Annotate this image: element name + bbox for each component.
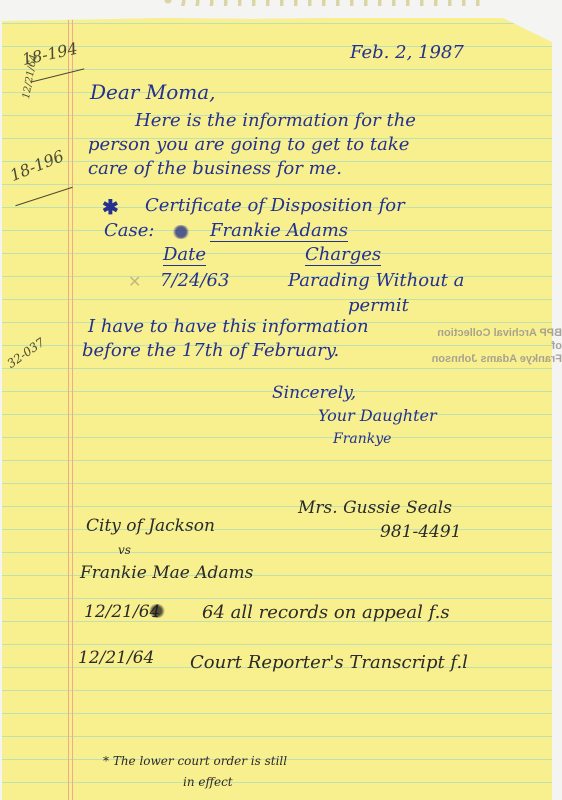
case-caption-defendant: Frankie Mae Adams [80, 565, 253, 582]
case-caption-plaintiff: City of Jackson [86, 518, 215, 535]
salutation: Dear Moma, [90, 82, 215, 102]
entry-2-text: Court Reporter's Transcript f.l [190, 654, 468, 672]
entry-2-date: 12/21/64 [78, 650, 154, 667]
footnote-line-1: * The lower court order is still [103, 755, 287, 767]
scribbled-out-mark [172, 225, 190, 239]
deadline-line-1: I have to have this information [88, 318, 369, 336]
stamp-line-2: Frankye Adams Johnson [425, 353, 562, 366]
case-name: Frankie Adams [210, 222, 348, 242]
signature-line-1: Your Daughter [318, 408, 437, 424]
charge-description-line-1: Parading Without a [288, 272, 464, 290]
archive-stamp-mirrored: BPP Archival Collection of Frankye Adams… [425, 327, 562, 366]
entry-1-text: 64 all records on appeal f.s [202, 604, 450, 622]
closing: Sincerely, [272, 385, 356, 402]
scribbled-out-mark [148, 604, 166, 618]
margin-line [72, 18, 73, 800]
charge-date: 7/24/63 [160, 272, 229, 290]
footnote-line-2: in effect [183, 776, 233, 788]
contact-phone: 981-4491 [380, 524, 461, 541]
case-caption-vs: vs [118, 544, 131, 556]
charges-column-header: Charges [305, 246, 381, 266]
body-line-1: Here is the information for the [135, 112, 416, 130]
letter-date: Feb. 2, 1987 [350, 44, 464, 62]
stamp-line-1: BPP Archival Collection of [425, 327, 562, 353]
charge-description-line-2: permit [348, 297, 409, 315]
date-column-header: Date [163, 246, 206, 266]
asterisk-icon: ✱ [102, 197, 119, 217]
torn-paper-edge [160, 0, 490, 6]
certificate-title-line: Certificate of Disposition for [145, 197, 405, 215]
body-line-3: care of the business for me. [88, 160, 342, 178]
contact-name: Mrs. Gussie Seals [298, 500, 452, 517]
faint-x-mark: ✕ [128, 274, 141, 290]
body-line-2: person you are going to get to take [88, 136, 409, 154]
deadline-line-2: before the 17th of February. [82, 342, 339, 360]
signature-name: Frankye [333, 432, 391, 446]
case-label: Case: [104, 222, 154, 240]
margin-line [68, 18, 69, 800]
